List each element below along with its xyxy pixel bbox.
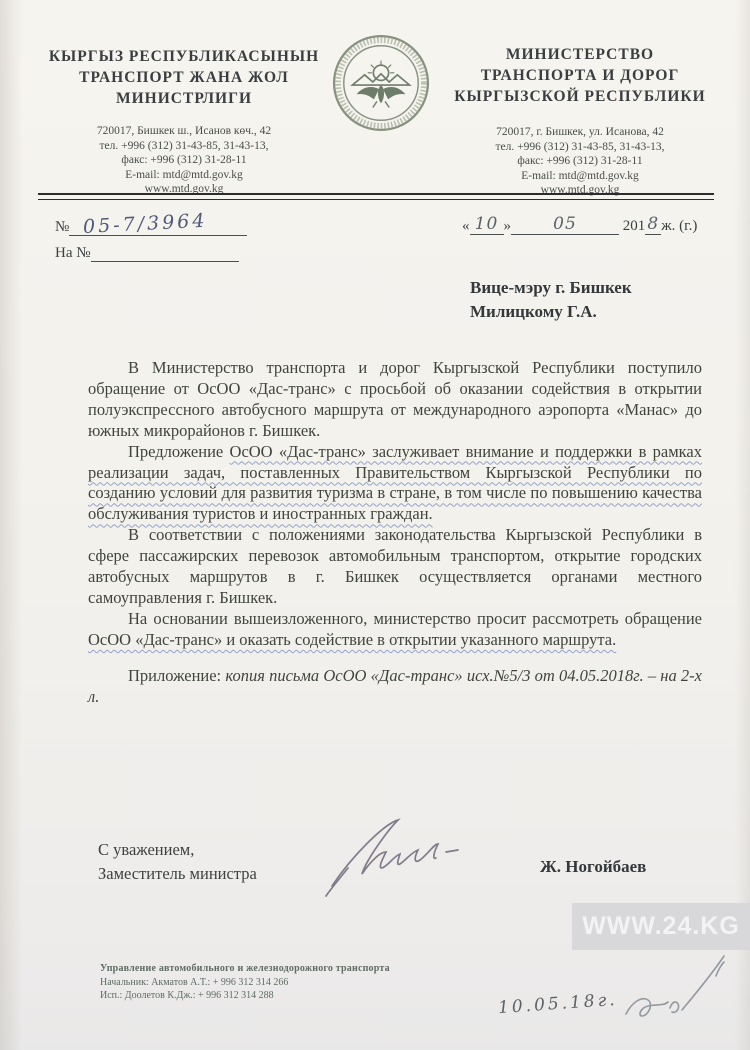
letterhead-left-title-line: ТРАНСПОРТ ЖАНА ЖОЛ xyxy=(48,67,320,88)
paragraph: В соответствии с положениями законодател… xyxy=(88,525,702,609)
attachment-paragraph: Приложение: копия письма ОсОО «Дас-транс… xyxy=(88,666,702,708)
scanned-letter-page: КЫРГЫЗ РЕСПУБЛИКАСЫНЫН ТРАНСПОРТ ЖАНА ЖО… xyxy=(0,0,750,1050)
letterhead-address-line: тел. +996 (312) 31-43-85, 31-43-13, xyxy=(438,140,722,155)
paragraph: Предложение ОсОО «Дас-транс» заслуживает… xyxy=(88,442,702,526)
date-year-prefix: 201 xyxy=(623,218,646,234)
ref-number-label: № xyxy=(55,219,69,235)
reply-number-row: На № xyxy=(55,244,239,262)
letterhead-address-line: 720017, Бишкек ш., Исанов көч., 42 xyxy=(48,124,320,139)
letterhead-address-line: E-mail: mtd@mtd.gov.kg xyxy=(438,169,722,184)
paragraph-text: Предложение xyxy=(128,442,223,461)
letterhead-address-line: 720017, г. Бишкек, ул. Исанова, 42 xyxy=(438,125,722,140)
handwritten-initials-icon xyxy=(612,950,732,1035)
reply-number-line xyxy=(91,244,239,262)
letterhead-right-title-line: КЫРГЫЗСКОЙ РЕСПУБЛИКИ xyxy=(438,86,722,107)
letterhead-left-address: 720017, Бишкек ш., Исанов көч., 42 тел. … xyxy=(48,124,320,197)
date-close-quote: » xyxy=(504,218,512,234)
ref-number-row: №05-7/3964 xyxy=(55,213,247,236)
addressee-line: Милицкому Г.А. xyxy=(470,300,632,324)
letterhead-right-address: 720017, г. Бишкек, ул. Исанова, 42 тел. … xyxy=(438,125,722,198)
footer-line: Управление автомобильного и железнодорож… xyxy=(100,962,390,976)
letterhead-address-line: факс: +996 (312) 31-28-11 xyxy=(48,153,320,168)
pen-underlined-text: ОсОО «Дас-транс» и оказать содействие в … xyxy=(88,630,616,649)
coat-of-arms-icon xyxy=(330,32,432,134)
signer-name: Ж. Ногойбаев xyxy=(540,857,646,877)
letterhead-left-title-line: МИНИСТРЛИГИ xyxy=(48,88,320,109)
date-day-line: 10 xyxy=(470,214,504,235)
footer-department: Управление автомобильного и железнодорож… xyxy=(100,962,390,1003)
attachment-label: Приложение: xyxy=(128,666,221,685)
addressee-block: Вице-мэру г. Бишкек Милицкому Г.А. xyxy=(470,276,632,324)
closing-line: Заместитель министра xyxy=(98,862,257,886)
header-divider xyxy=(38,193,714,200)
date-month-line: 05 xyxy=(511,214,619,235)
date-year-digit: 8 xyxy=(647,214,659,234)
footer-line: Исп.: Доолетов К.Дж.: + 996 312 314 288 xyxy=(100,989,390,1003)
ref-number-line: 05-7/3964 xyxy=(69,213,247,236)
paragraph-text: На основании вышеизложенного, министерст… xyxy=(128,609,702,628)
paragraph: На основании вышеизложенного, министерст… xyxy=(88,609,702,651)
footer-line: Начальник: Акматов А.Т.: + 996 312 314 2… xyxy=(100,976,390,990)
letterhead-left-title: КЫРГЫЗ РЕСПУБЛИКАСЫНЫН ТРАНСПОРТ ЖАНА ЖО… xyxy=(48,46,320,109)
letterhead-right: МИНИСТЕРСТВО ТРАНСПОРТА И ДОРОГ КЫРГЫЗСК… xyxy=(438,44,722,198)
handwritten-date-note: 10.05.18г. xyxy=(497,990,618,1018)
date-day-value: 10 xyxy=(475,214,499,234)
closing-block: С уважением, Заместитель министра xyxy=(98,838,257,886)
reply-number-label: На № xyxy=(55,245,91,261)
paragraph: В Министерство транспорта и дорог Кыргыз… xyxy=(88,358,702,442)
letterhead-right-title-line: МИНИСТЕРСТВО xyxy=(438,44,722,65)
letterhead-address-line: факс: +996 (312) 31-28-11 xyxy=(438,154,722,169)
closing-line: С уважением, xyxy=(98,838,257,862)
date-row: «10»05 2018ж. (г.) xyxy=(462,214,697,235)
ref-number-value: 05-7/3964 xyxy=(69,209,216,239)
letterhead-address-line: E-mail: mtd@mtd.gov.kg xyxy=(48,168,320,183)
watermark-text: WWW.24.KG xyxy=(582,912,740,941)
letterhead-left-title-line: КЫРГЫЗ РЕСПУБЛИКАСЫНЫН xyxy=(48,46,320,67)
date-suffix: ж. (г.) xyxy=(661,218,697,234)
letterhead-right-title-line: ТРАНСПОРТА И ДОРОГ xyxy=(438,65,722,86)
letterhead-right-title: МИНИСТЕРСТВО ТРАНСПОРТА И ДОРОГ КЫРГЫЗСК… xyxy=(438,44,722,107)
signature-scrawl-icon xyxy=(318,808,488,903)
letter-body: В Министерство транспорта и дорог Кыргыз… xyxy=(88,358,702,708)
date-open-quote: « xyxy=(462,218,470,234)
date-year-line: 8 xyxy=(645,214,661,235)
date-month-value: 05 xyxy=(553,214,577,234)
addressee-line: Вице-мэру г. Бишкек xyxy=(470,276,632,300)
letterhead-left: КЫРГЫЗ РЕСПУБЛИКАСЫНЫН ТРАНСПОРТ ЖАНА ЖО… xyxy=(48,46,320,197)
watermark-badge: WWW.24.KG xyxy=(572,903,750,950)
letterhead-address-line: тел. +996 (312) 31-43-85, 31-43-13, xyxy=(48,139,320,154)
